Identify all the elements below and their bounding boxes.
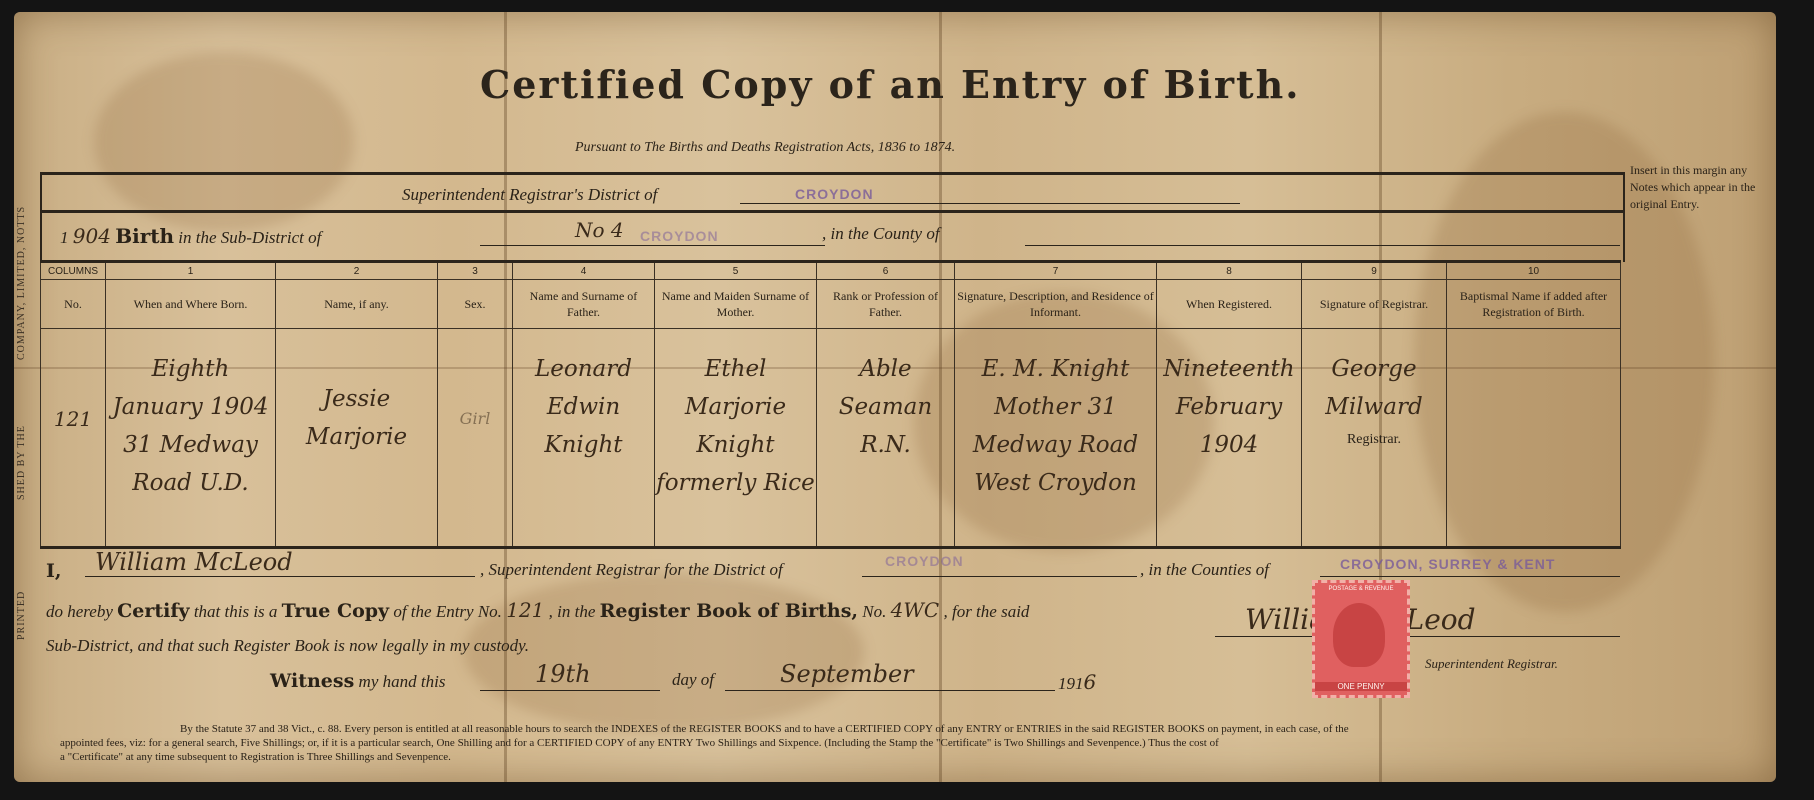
witness-year: 1916	[1058, 670, 1096, 694]
year-prefix: 1	[60, 228, 69, 247]
register-table: COLUMNS 1 2 3 4 5 6 7 8 9 10 No. When an…	[40, 260, 1621, 549]
sub-district-custody-line: Sub-District, and that such Register Boo…	[46, 636, 529, 656]
superintendent-district-label: Superintendent Registrar's District of	[402, 185, 657, 205]
column-number: 3	[438, 262, 513, 280]
cert-district-stamp: CROYDON	[885, 553, 964, 569]
header-father: Name and Surname of Father.	[513, 280, 655, 329]
entry-registrar-signature: George Milward	[1303, 330, 1445, 426]
cert-line-2: do hereby Certify that this is a True Co…	[46, 598, 1029, 622]
postage-stamp: POSTAGE & REVENUE ONE PENNY	[1312, 580, 1410, 698]
of-the-entry-text: of the Entry No.	[393, 602, 502, 621]
witness-line: Witness my hand this	[270, 670, 445, 692]
in-the-text: , in the	[549, 602, 596, 621]
header-when-registered: When Registered.	[1157, 280, 1302, 329]
fill-line	[862, 576, 1137, 577]
postage-top-text: POSTAGE & REVENUE	[1315, 586, 1407, 592]
fill-line	[1320, 576, 1620, 577]
header-father-profession: Rank or Profession of Father.	[817, 280, 955, 329]
header-sex: Sex.	[438, 280, 513, 329]
entry-informant: E. M. Knight Mother 31 Medway Road West …	[956, 330, 1155, 502]
superintendent-title: Superintendent Registrar.	[1425, 656, 1558, 672]
registrar-name: William McLeod	[95, 548, 293, 576]
statute-footer: By the Statute 37 and 38 Vict., c. 88. E…	[60, 722, 1560, 764]
i-label: I,	[46, 560, 62, 582]
column-numbers-row: COLUMNS 1 2 3 4 5 6 7 8 9 10	[41, 262, 1621, 280]
side-print-middle: SHED BY THE	[16, 425, 27, 500]
table-row: 121 Eighth January 1904 31 Medway Road U…	[41, 329, 1621, 548]
sub-district-stamp: CROYDON	[640, 228, 719, 244]
fill-line	[725, 690, 1055, 691]
side-print-upper: COMPANY, LIMITED, NOTTS	[16, 206, 27, 360]
header-baptismal-name: Baptismal Name if added after Registrati…	[1447, 280, 1621, 329]
superintendent-label: , Superintendent Registrar for the Distr…	[480, 560, 783, 580]
sub-district-value: No 4	[575, 218, 624, 242]
witness-text: Witness	[270, 670, 354, 692]
fill-line	[480, 245, 825, 246]
king-head-icon	[1333, 603, 1385, 667]
register-book-text: Register Book of Births,	[600, 600, 858, 622]
column-number: 4	[513, 262, 655, 280]
cert-line-1: I,	[46, 560, 62, 582]
document-subtitle: Pursuant to The Births and Deaths Regist…	[575, 140, 955, 156]
witness-month: September	[780, 660, 914, 688]
true-copy-text: True Copy	[282, 600, 389, 622]
that-this-is-text: that this is a	[194, 602, 278, 621]
year-suffix: 6	[1084, 670, 1097, 694]
book-no: 4WC	[891, 598, 940, 622]
entry-baptismal-name	[1448, 330, 1619, 350]
entry-when-registered: Nineteenth February 1904	[1158, 330, 1300, 464]
column-headers-row: No. When and Where Born. Name, if any. S…	[41, 280, 1621, 329]
postage-value: ONE PENNY	[1315, 682, 1407, 691]
footer-line-2: appointed fees, viz: for a general searc…	[60, 736, 1560, 750]
day-of-text: day of	[672, 670, 714, 690]
no-label: No.	[862, 602, 886, 621]
year-prefix: 191	[1058, 674, 1084, 693]
do-hereby-text: do hereby	[46, 602, 113, 621]
header-mother: Name and Maiden Surname of Mother.	[655, 280, 817, 329]
county-label: , in the County of	[822, 224, 940, 244]
fill-line	[85, 576, 475, 577]
entry-father: Leonard Edwin Knight	[514, 330, 653, 464]
margin-note: Insert in this margin any Notes which ap…	[1630, 162, 1770, 213]
header-rule	[40, 172, 42, 262]
sub-district-label: in the Sub-District of	[178, 228, 321, 247]
for-the-said-text: , for the said	[943, 602, 1029, 621]
column-number: 9	[1302, 262, 1447, 280]
document-title: Certified Copy of an Entry of Birth.	[480, 62, 1300, 107]
entry-name: Jessie Marjorie	[277, 330, 436, 456]
entry-father-profession: Able Seaman R.N.	[818, 330, 953, 464]
header-rule	[1623, 172, 1625, 262]
column-number: 6	[817, 262, 955, 280]
counties-stamp: CROYDON, SURREY & KENT	[1340, 556, 1555, 572]
header-no: No.	[41, 280, 106, 329]
birth-word: Birth	[115, 224, 174, 248]
stain	[94, 52, 354, 232]
certify-text: Certify	[117, 600, 189, 622]
column-number: 7	[955, 262, 1157, 280]
column-number: 5	[655, 262, 817, 280]
year-line: 1 904 Birth in the Sub-District of	[60, 224, 321, 248]
entry-when-where-born: Eighth January 1904 31 Medway Road U.D.	[107, 330, 274, 502]
column-number: 2	[276, 262, 438, 280]
header-rule	[40, 172, 1625, 175]
header-registrar-signature: Signature of Registrar.	[1302, 280, 1447, 329]
witness-day: 19th	[535, 660, 591, 688]
header-when-where-born: When and Where Born.	[106, 280, 276, 329]
fill-line	[480, 690, 660, 691]
column-number: 8	[1157, 262, 1302, 280]
registrar-printed-label: Registrar.	[1303, 432, 1445, 448]
footer-line-1: By the Statute 37 and 38 Vict., c. 88. E…	[60, 722, 1560, 736]
header-rule	[40, 210, 1625, 213]
fill-line	[1025, 245, 1620, 246]
counties-label: , in the Counties of	[1140, 560, 1269, 580]
columns-label: COLUMNS	[41, 262, 106, 280]
year-handwritten: 904	[73, 224, 111, 248]
header-informant: Signature, Description, and Residence of…	[955, 280, 1157, 329]
entry-sex: Girl	[439, 330, 511, 438]
header-name: Name, if any.	[276, 280, 438, 329]
district-stamp: CROYDON	[795, 186, 874, 202]
column-number: 1	[106, 262, 276, 280]
fill-line	[740, 203, 1240, 204]
cert-entry-no: 121	[506, 598, 544, 622]
entry-mother: Ethel Marjorie Knight formerly Rice	[656, 330, 815, 502]
footer-line-3: a "Certificate" at any time subsequent t…	[60, 750, 1560, 764]
entry-no: 121	[42, 330, 104, 438]
my-hand-text: my hand this	[359, 672, 446, 691]
signature-line	[1215, 636, 1620, 637]
column-number: 10	[1447, 262, 1621, 280]
side-print-lower: PRINTED	[16, 591, 27, 640]
